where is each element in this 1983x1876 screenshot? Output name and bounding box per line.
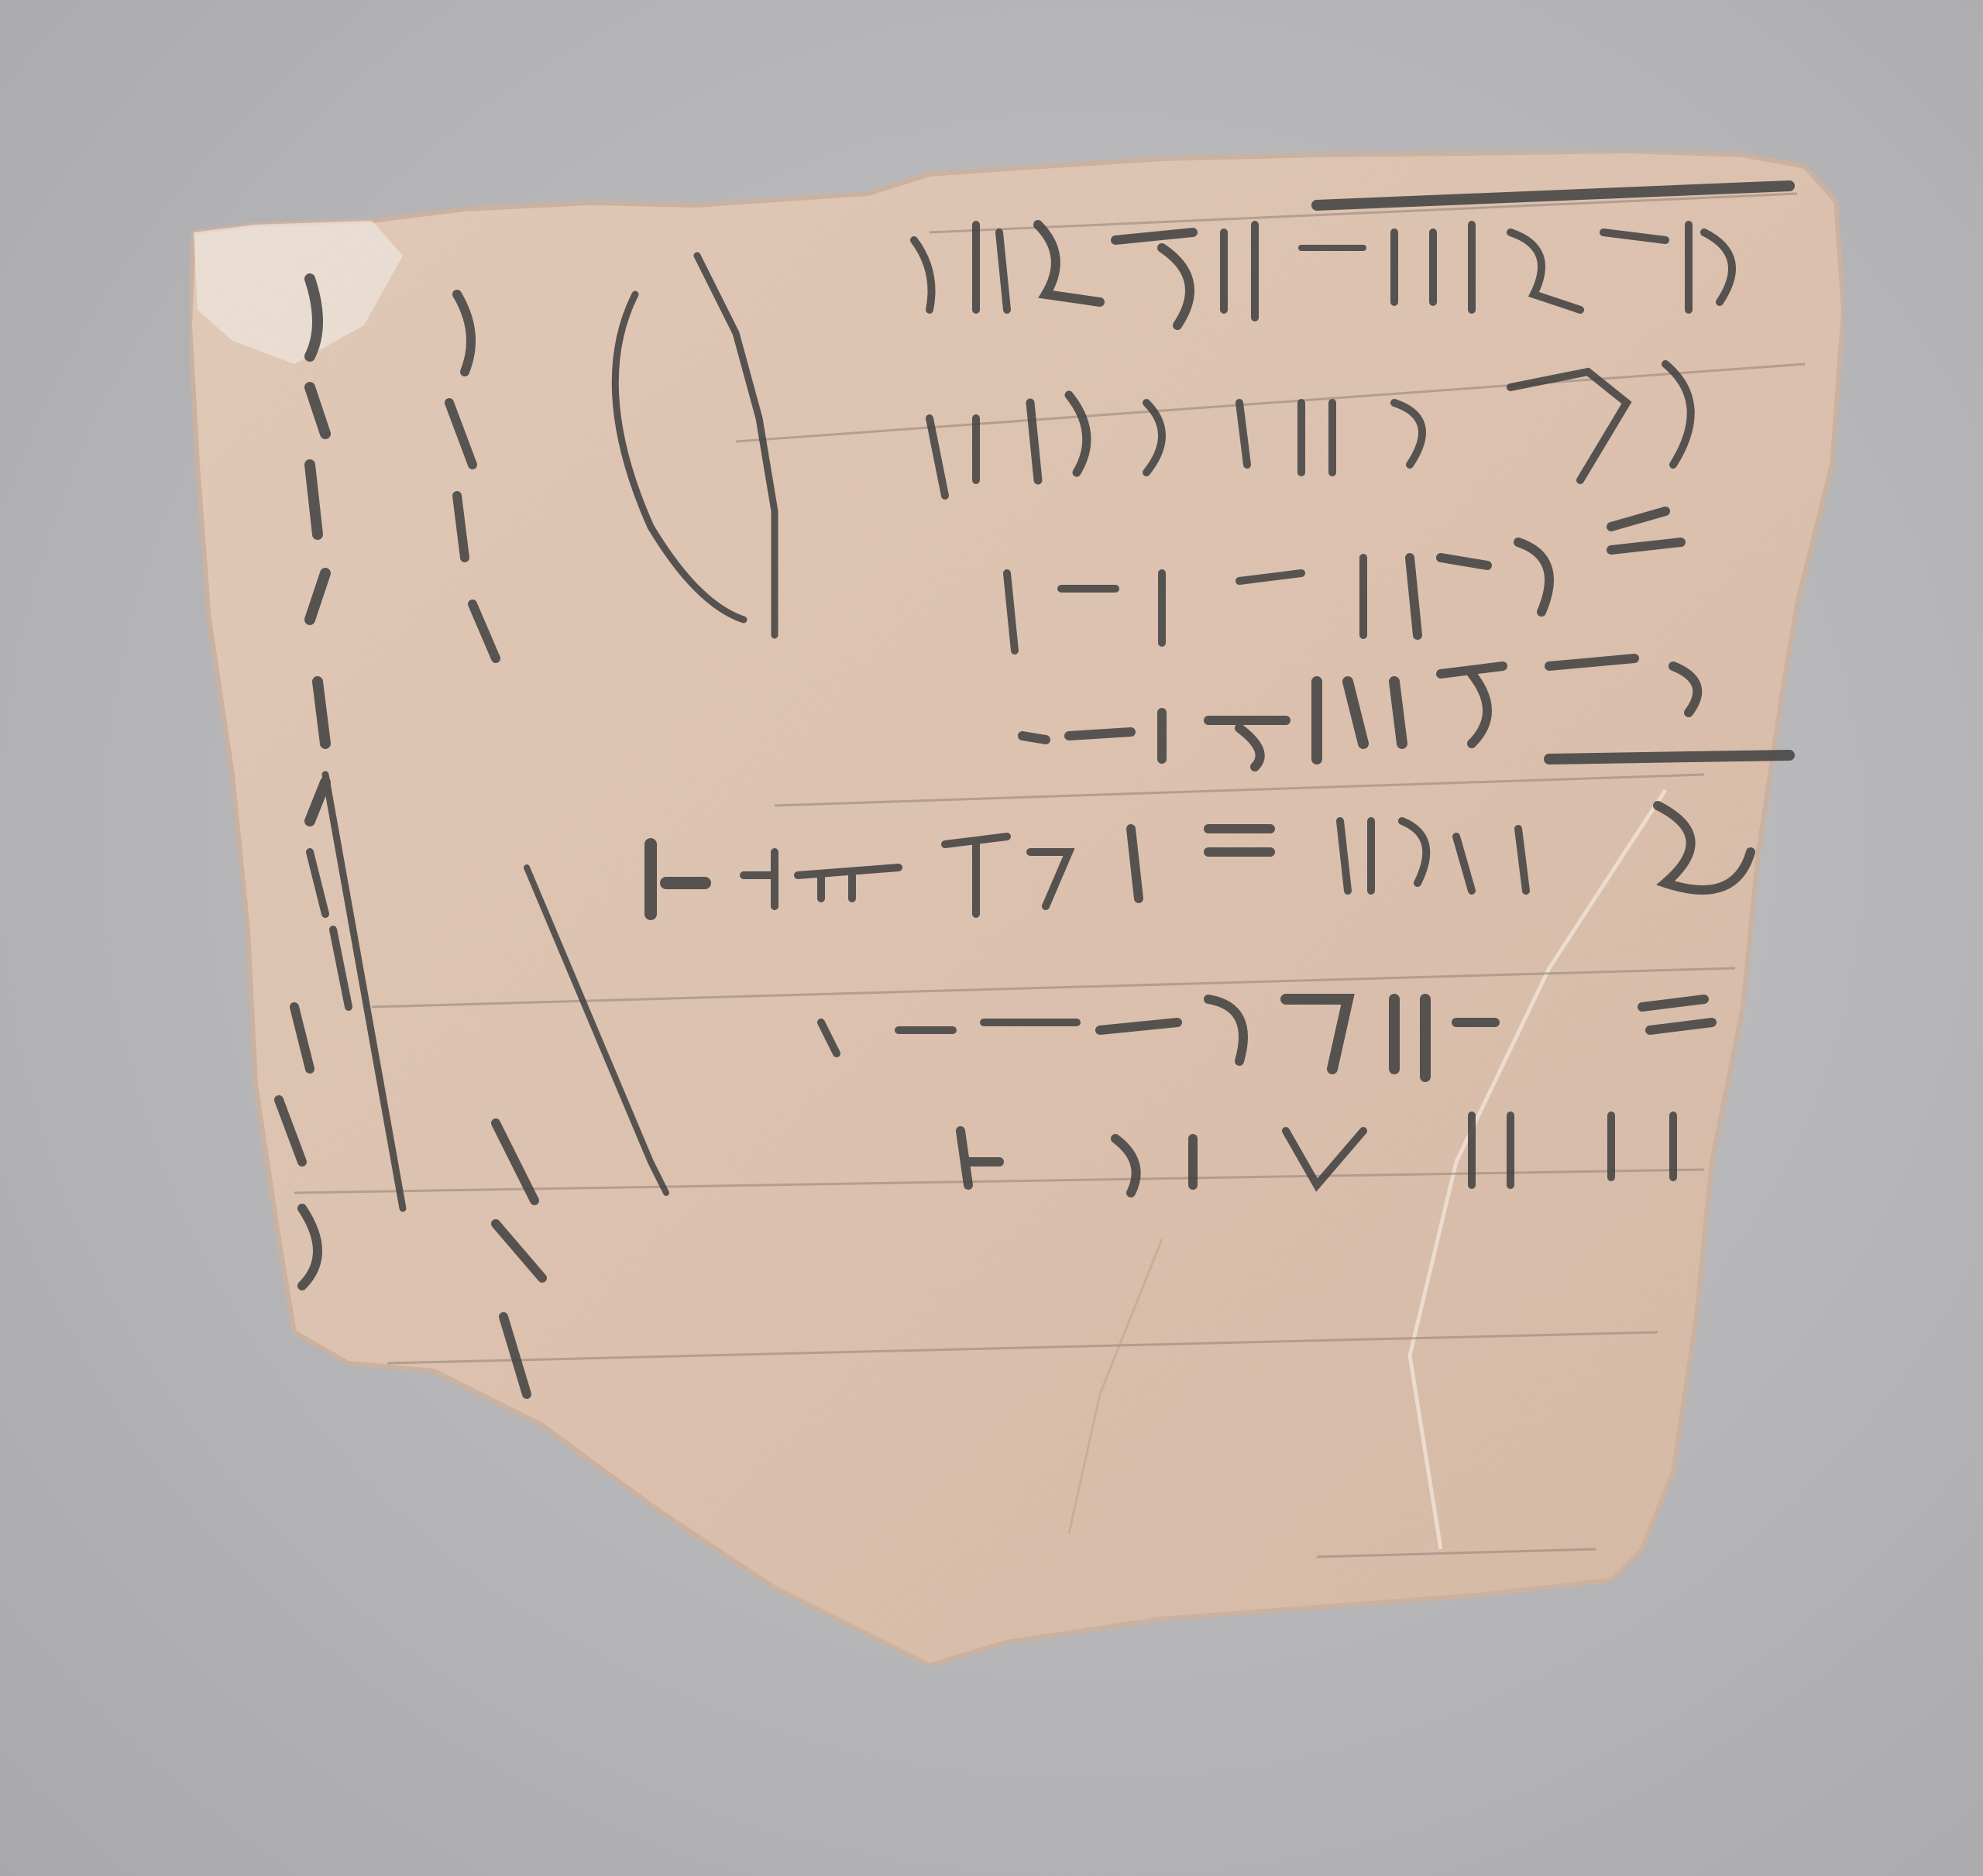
ostracon-photo (0, 0, 1983, 1876)
